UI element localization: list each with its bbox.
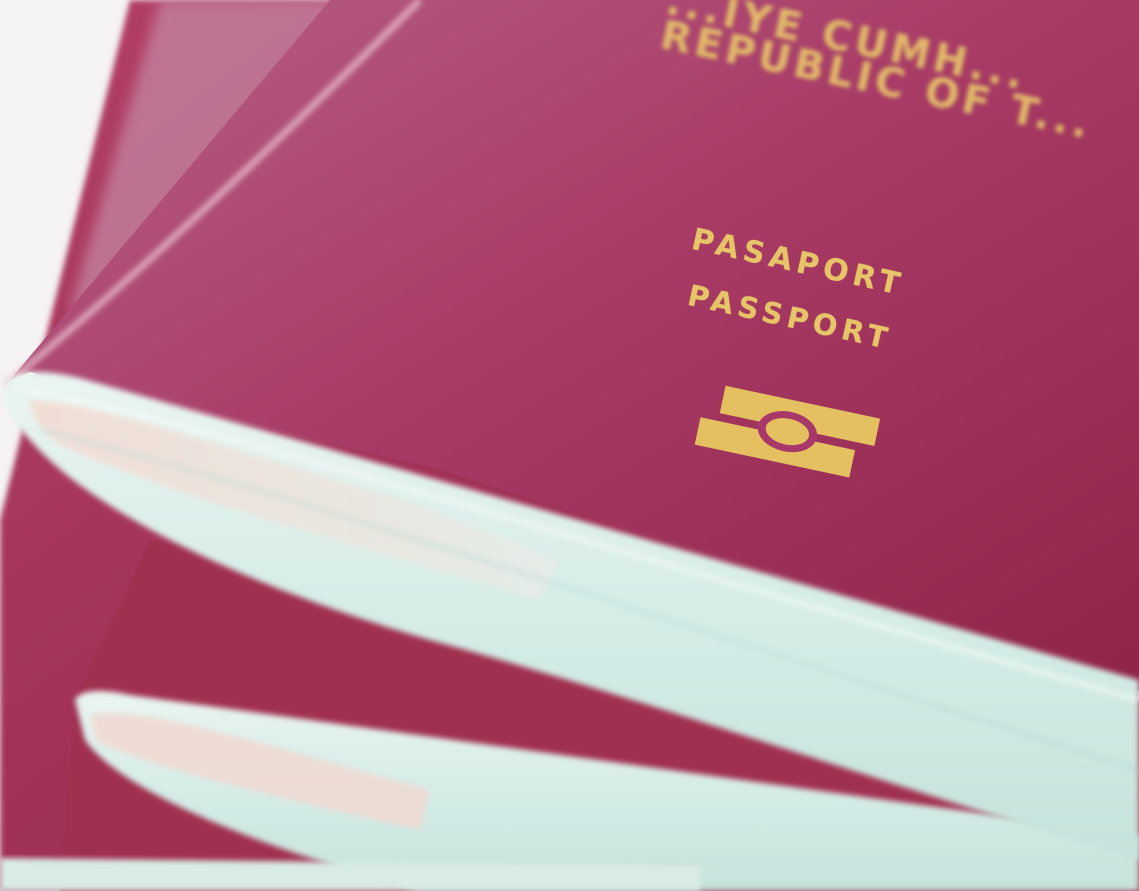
passport-illustration (0, 0, 1139, 891)
passport-photo: ...IYE CUMH... REPUBLIC OF T... PASAPORT… (0, 0, 1139, 891)
